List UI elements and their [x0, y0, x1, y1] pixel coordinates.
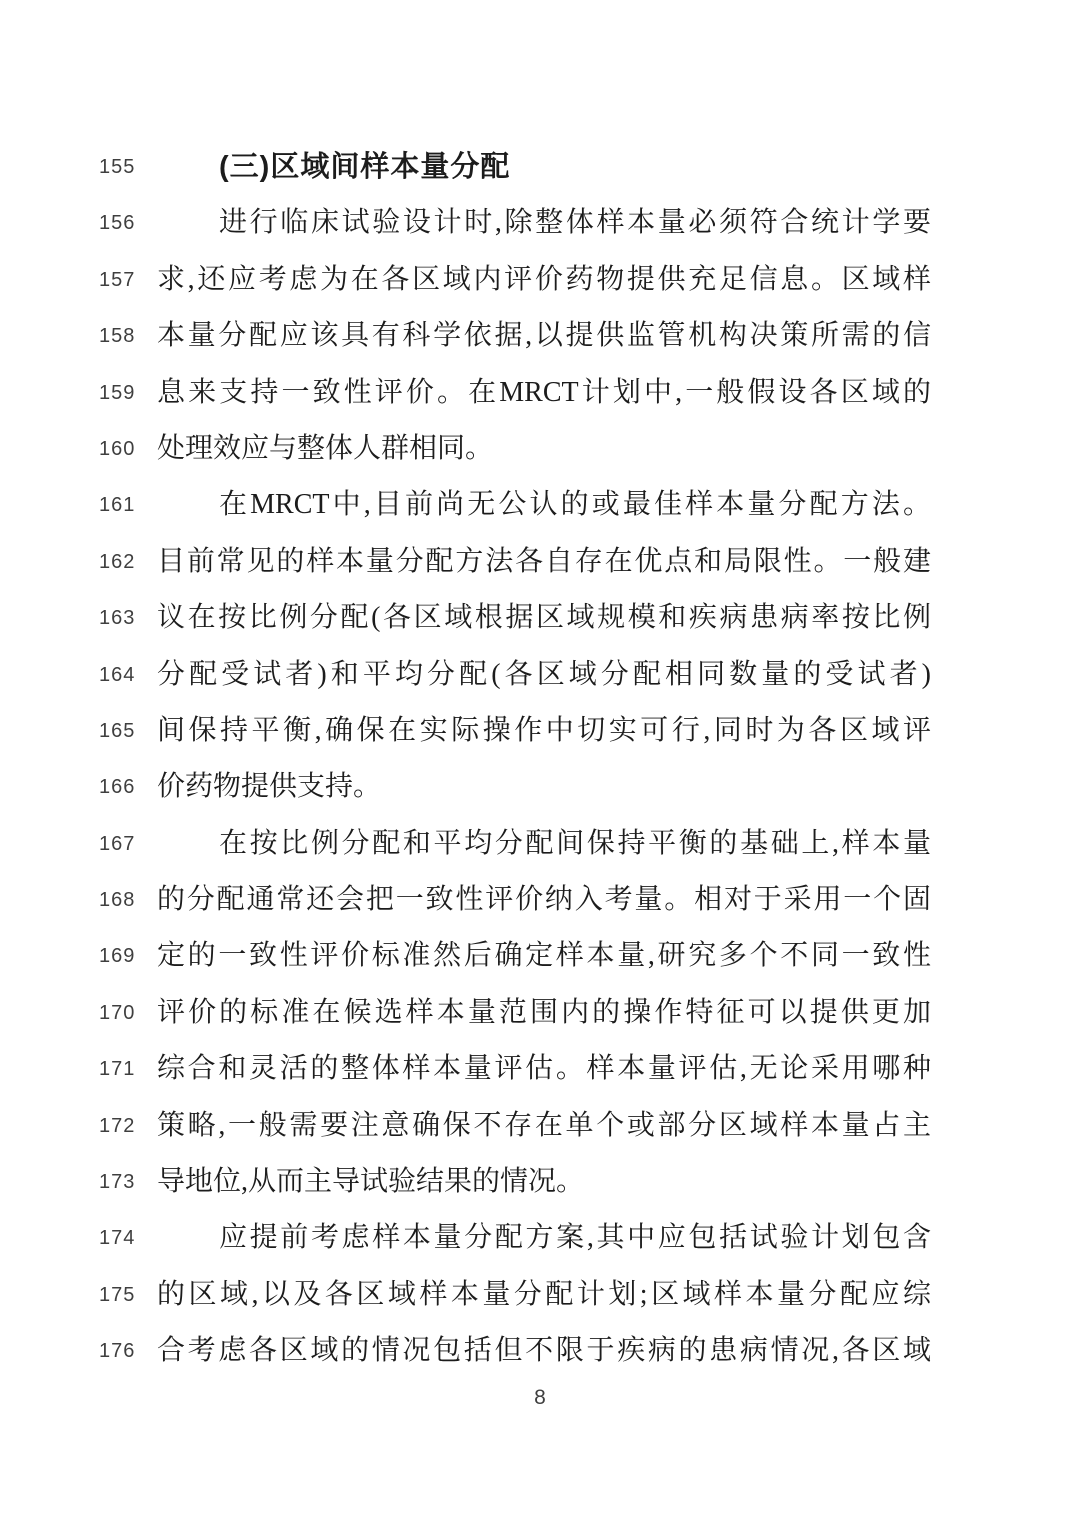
line-text: 定的一致性评价标准然后确定样本量,研究多个不同一致性 — [157, 928, 931, 984]
document-line: 169 定的一致性评价标准然后确定样本量,研究多个不同一致性 — [0, 928, 1080, 984]
document-line: 157 求,还应考虑为在各区域内评价药物提供充足信息。区域样 — [0, 252, 1080, 308]
line-text: 本量分配应该具有科学依据,以提供监管机构决策所需的信 — [157, 308, 931, 364]
line-text: 应提前考虑样本量分配方案,其中应包括试验计划包含 — [157, 1210, 931, 1266]
document-page: 155 (三)区域间样本量分配 156 进行临床试验设计时,除整体样本量必须符合… — [0, 0, 1080, 1529]
document-line: 164 分配受试者)和平均分配(各区域分配相同数量的受试者) — [0, 647, 1080, 703]
line-text: 分配受试者)和平均分配(各区域分配相同数量的受试者) — [157, 647, 931, 703]
line-number: 175 — [99, 1267, 149, 1323]
document-body: 155 (三)区域间样本量分配 156 进行临床试验设计时,除整体样本量必须符合… — [0, 139, 1080, 1380]
line-number: 169 — [99, 928, 149, 984]
line-number: 174 — [99, 1210, 149, 1266]
line-text: 求,还应考虑为在各区域内评价药物提供充足信息。区域样 — [157, 252, 931, 308]
line-text: 的分配通常还会把一致性评价纳入考量。相对于采用一个固 — [157, 872, 931, 928]
line-number: 157 — [99, 252, 149, 308]
document-line: 162 目前常见的样本量分配方法各自存在优点和局限性。一般建 — [0, 534, 1080, 590]
line-text: 处理效应与整体人群相同。 — [157, 421, 931, 477]
line-number: 166 — [99, 759, 149, 815]
document-line: 165 间保持平衡,确保在实际操作中切实可行,同时为各区域评 — [0, 703, 1080, 759]
line-number: 165 — [99, 703, 149, 759]
document-line: 159 息来支持一致性评价。在MRCT计划中,一般假设各区域的 — [0, 365, 1080, 421]
line-number: 159 — [99, 365, 149, 421]
document-line: 168 的分配通常还会把一致性评价纳入考量。相对于采用一个固 — [0, 872, 1080, 928]
line-text: (三)区域间样本量分配 — [157, 139, 931, 195]
line-text: 间保持平衡,确保在实际操作中切实可行,同时为各区域评 — [157, 703, 931, 759]
document-line: 170 评价的标准在候选样本量范围内的操作特征可以提供更加 — [0, 985, 1080, 1041]
line-text: 价药物提供支持。 — [157, 759, 931, 815]
line-number: 171 — [99, 1041, 149, 1097]
document-line: 172 策略,一般需要注意确保不存在单个或部分区域样本量占主 — [0, 1098, 1080, 1154]
line-text: 评价的标准在候选样本量范围内的操作特征可以提供更加 — [157, 985, 931, 1041]
document-line: 174 应提前考虑样本量分配方案,其中应包括试验计划包含 — [0, 1210, 1080, 1266]
line-text: 议在按比例分配(各区域根据区域规模和疾病患病率按比例 — [157, 590, 931, 646]
document-line: 161 在MRCT中,目前尚无公认的或最佳样本量分配方法。 — [0, 477, 1080, 533]
line-number: 164 — [99, 647, 149, 703]
document-line: 176 合考虑各区域的情况包括但不限于疾病的患病情况,各区域 — [0, 1323, 1080, 1379]
line-text: 目前常见的样本量分配方法各自存在优点和局限性。一般建 — [157, 534, 931, 590]
document-line: 173 导地位,从而主导试验结果的情况。 — [0, 1154, 1080, 1210]
line-number: 160 — [99, 421, 149, 477]
line-number: 162 — [99, 534, 149, 590]
document-line: 155 (三)区域间样本量分配 — [0, 139, 1080, 195]
line-text: 综合和灵活的整体样本量评估。样本量评估,无论采用哪种 — [157, 1041, 931, 1097]
document-line: 167 在按比例分配和平均分配间保持平衡的基础上,样本量 — [0, 816, 1080, 872]
page-number: 8 — [0, 1386, 1080, 1410]
line-number: 172 — [99, 1098, 149, 1154]
line-number: 155 — [99, 139, 149, 195]
line-text: 导地位,从而主导试验结果的情况。 — [157, 1154, 931, 1210]
document-line: 156 进行临床试验设计时,除整体样本量必须符合统计学要 — [0, 195, 1080, 251]
line-number: 167 — [99, 816, 149, 872]
document-line: 158 本量分配应该具有科学依据,以提供监管机构决策所需的信 — [0, 308, 1080, 364]
document-line: 175 的区域,以及各区域样本量分配计划;区域样本量分配应综 — [0, 1267, 1080, 1323]
document-line: 160 处理效应与整体人群相同。 — [0, 421, 1080, 477]
line-text: 合考虑各区域的情况包括但不限于疾病的患病情况,各区域 — [157, 1323, 931, 1379]
line-text: 策略,一般需要注意确保不存在单个或部分区域样本量占主 — [157, 1098, 931, 1154]
document-line: 163 议在按比例分配(各区域根据区域规模和疾病患病率按比例 — [0, 590, 1080, 646]
line-number: 173 — [99, 1154, 149, 1210]
line-number: 168 — [99, 872, 149, 928]
line-number: 161 — [99, 477, 149, 533]
document-line: 171 综合和灵活的整体样本量评估。样本量评估,无论采用哪种 — [0, 1041, 1080, 1097]
line-text: 进行临床试验设计时,除整体样本量必须符合统计学要 — [157, 195, 931, 251]
line-number: 158 — [99, 308, 149, 364]
document-line: 166 价药物提供支持。 — [0, 759, 1080, 815]
line-number: 163 — [99, 590, 149, 646]
line-text: 在按比例分配和平均分配间保持平衡的基础上,样本量 — [157, 816, 931, 872]
line-text: 在MRCT中,目前尚无公认的或最佳样本量分配方法。 — [157, 477, 931, 533]
line-number: 170 — [99, 985, 149, 1041]
line-number: 176 — [99, 1323, 149, 1379]
line-text: 息来支持一致性评价。在MRCT计划中,一般假设各区域的 — [157, 365, 931, 421]
line-number: 156 — [99, 195, 149, 251]
line-text: 的区域,以及各区域样本量分配计划;区域样本量分配应综 — [157, 1267, 931, 1323]
